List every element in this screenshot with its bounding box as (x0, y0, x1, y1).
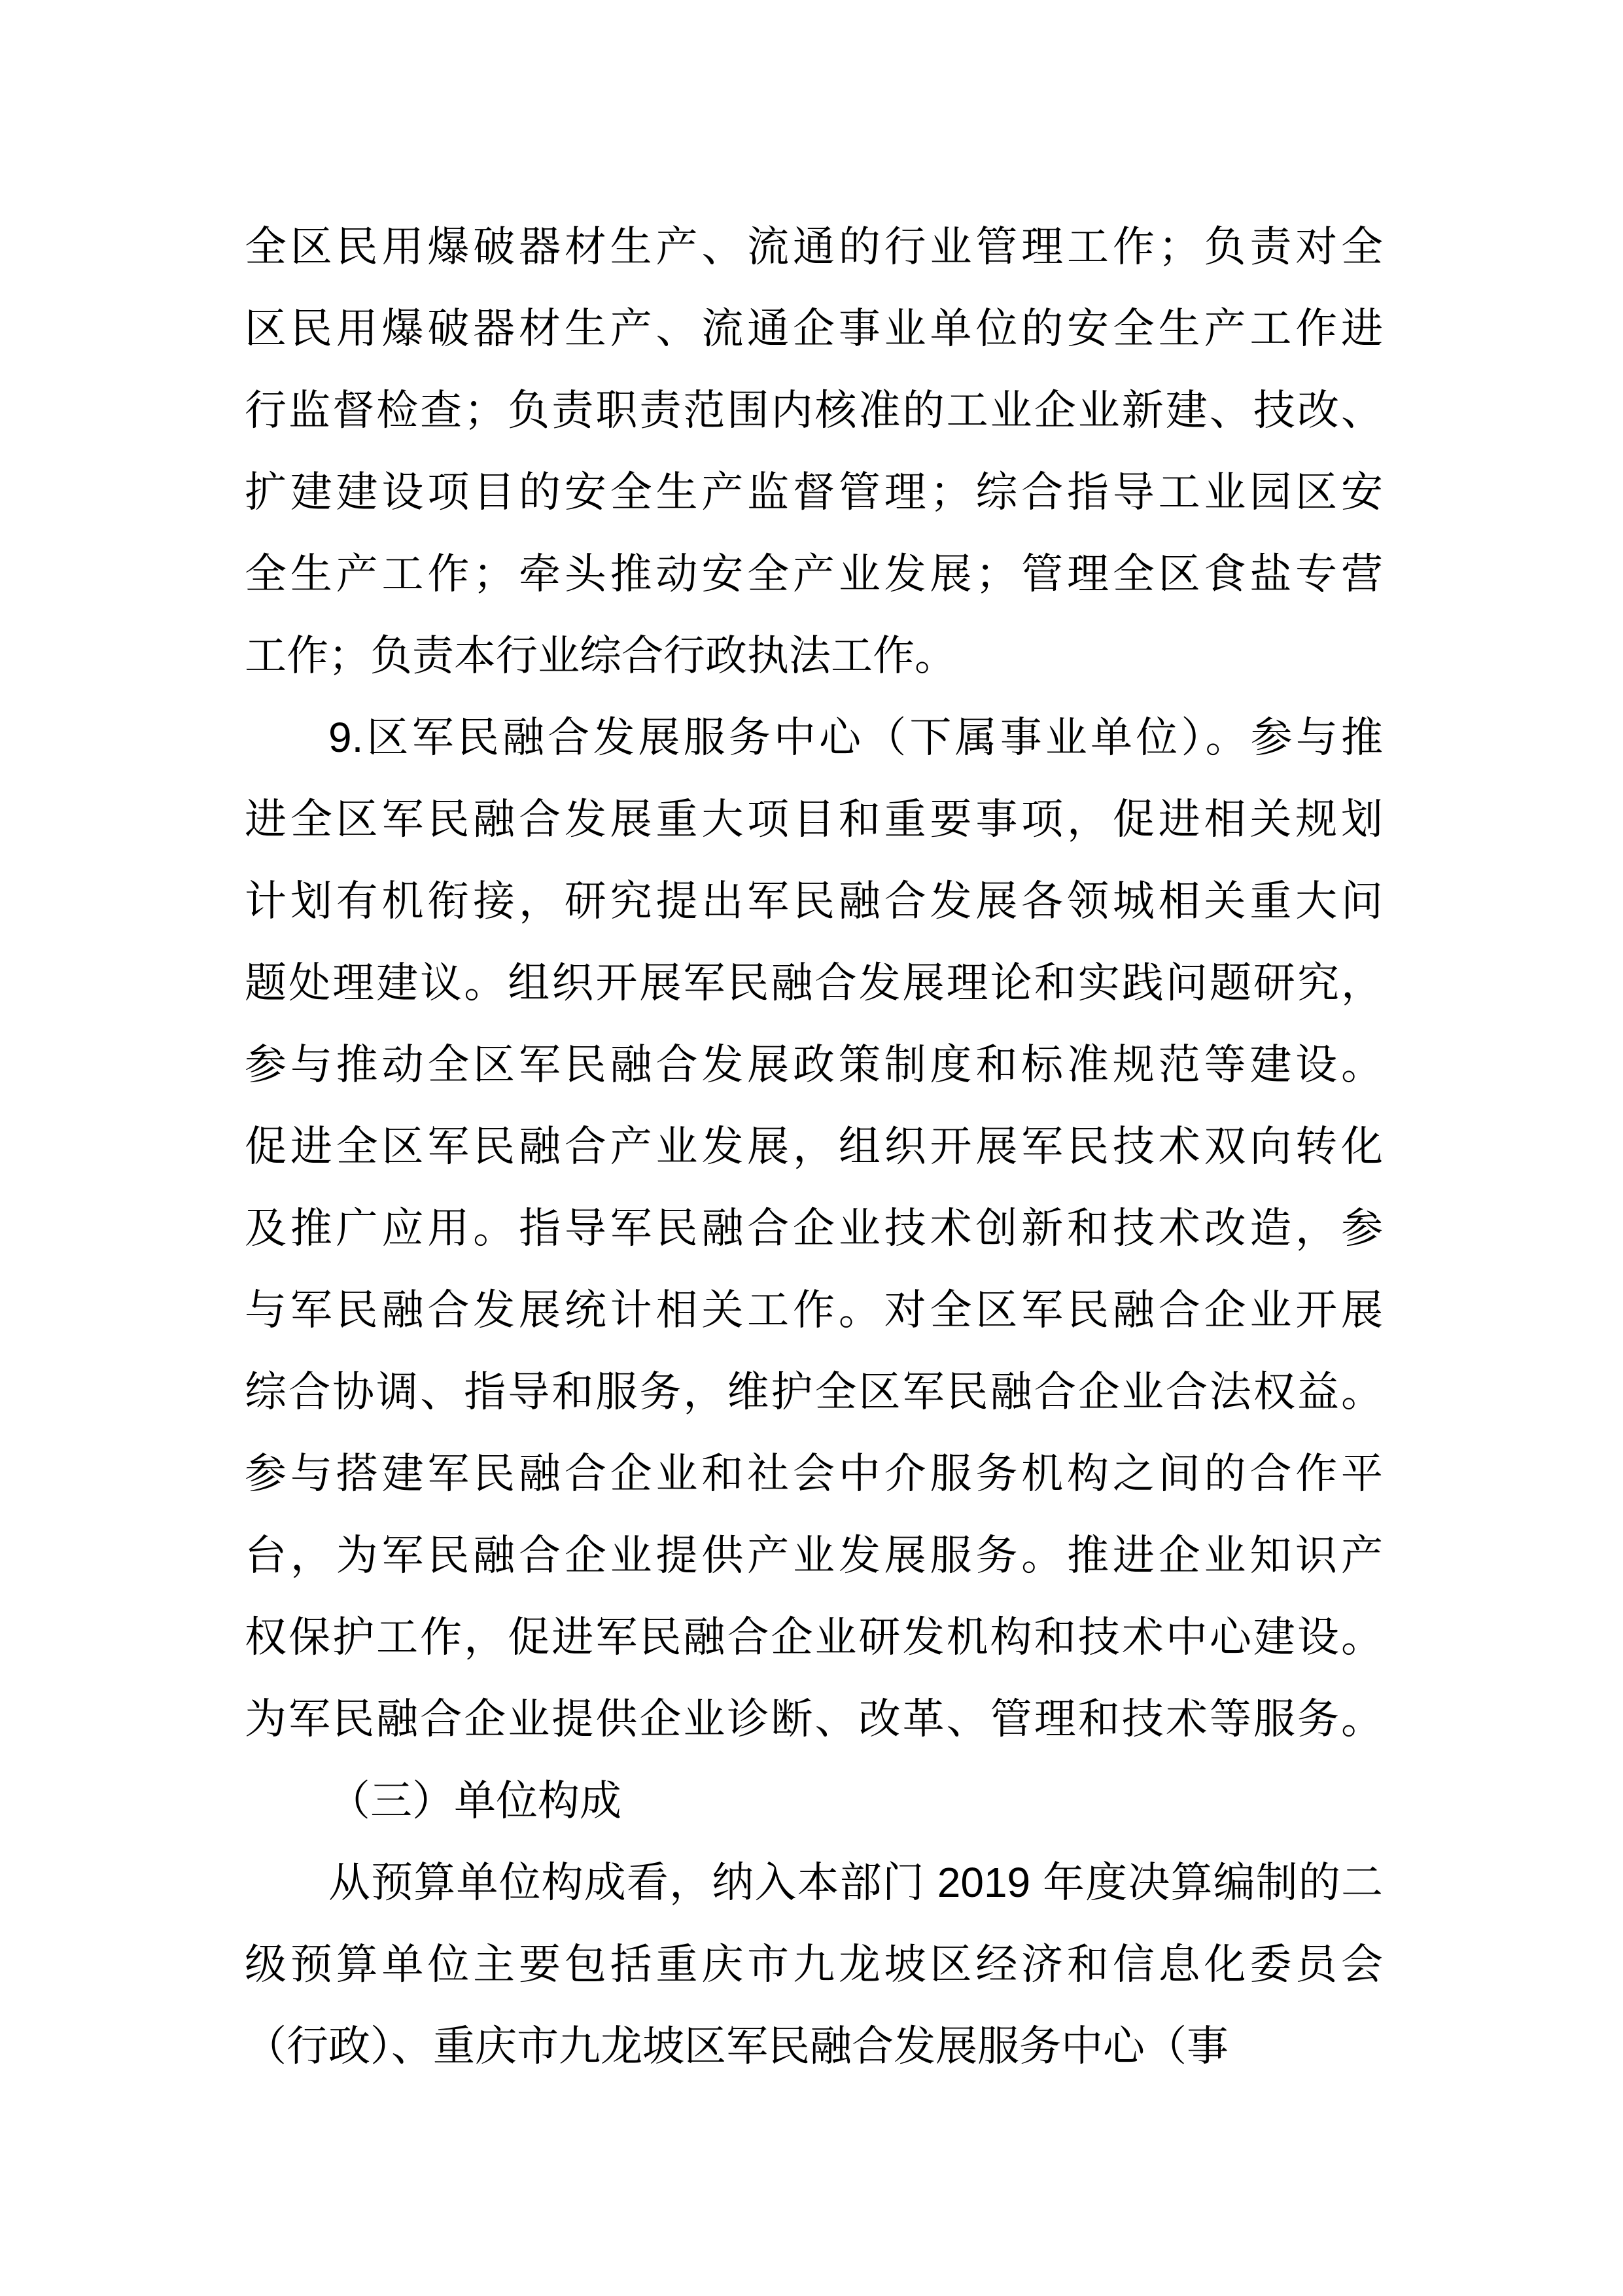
text-line-12: 促进全区军民融合产业发展，组织开展军民技术双向转化 (245, 1106, 1383, 1188)
text-line-20-section-heading: （三）单位构成 (245, 1760, 1383, 1842)
document-page: { "doc": { "page_background": "#ffffff",… (0, 0, 1623, 2296)
text-line-10: 题处理建议。组织开展军民融合发展理论和实践问题研究， (245, 942, 1383, 1024)
text-line-2: 区民用爆破器材生产、流通企事业单位的安全生产工作进 (245, 288, 1383, 370)
text-line-14: 与军民融合发展统计相关工作。对全区军民融合企业开展 (245, 1269, 1383, 1351)
text-line-3: 行监督检查；负责职责范围内核准的工业企业新建、技改、 (245, 370, 1383, 451)
text-line-23: （行政）、重庆市九龙坡区军民融合发展服务中心（事 (245, 2005, 1383, 2087)
text-line-13: 及推广应用。指导军民融合企业技术创新和技术改造，参 (245, 1188, 1383, 1269)
text-line-19-paragraph-end: 为军民融合企业提供企业诊断、改革、管理和技术等服务。 (245, 1678, 1383, 1760)
text-line-1: 全区民用爆破器材生产、流通的行业管理工作；负责对全 (245, 206, 1383, 288)
text-line-22: 级预算单位主要包括重庆市九龙坡区经济和信息化委员会 (245, 1924, 1383, 2005)
text-line-15: 综合协调、指导和服务，维护全区军民融合企业合法权益。 (245, 1351, 1383, 1433)
text-line-17: 台，为军民融合企业提供产业发展服务。推进企业知识产 (245, 1515, 1383, 1597)
text-line-6-paragraph-end: 工作；负责本行业综合行政执法工作。 (245, 615, 1383, 697)
text-line-21-paragraph-start: 从预算单位构成看，纳入本部门 2019 年度决算编制的二 (245, 1842, 1383, 1924)
text-line-8: 进全区军民融合发展重大项目和重要事项，促进相关规划 (245, 779, 1383, 860)
text-line-18: 权保护工作，促进军民融合企业研发机构和技术中心建设。 (245, 1597, 1383, 1678)
text-line-5: 全生产工作；牵头推动安全产业发展；管理全区食盐专营 (245, 533, 1383, 615)
text-line-7-paragraph-start: 9.区军民融合发展服务中心（下属事业单位）。参与推 (245, 697, 1383, 779)
text-line-9: 计划有机衔接，研究提出军民融合发展各领城相关重大问 (245, 860, 1383, 942)
text-line-4: 扩建建设项目的安全生产监督管理；综合指导工业园区安 (245, 451, 1383, 533)
text-line-16: 参与搭建军民融合企业和社会中介服务机构之间的合作平 (245, 1433, 1383, 1515)
document-body: 全区民用爆破器材生产、流通的行业管理工作；负责对全 区民用爆破器材生产、流通企事… (245, 206, 1383, 2087)
text-line-11: 参与推动全区军民融合发展政策制度和标准规范等建设。 (245, 1024, 1383, 1106)
